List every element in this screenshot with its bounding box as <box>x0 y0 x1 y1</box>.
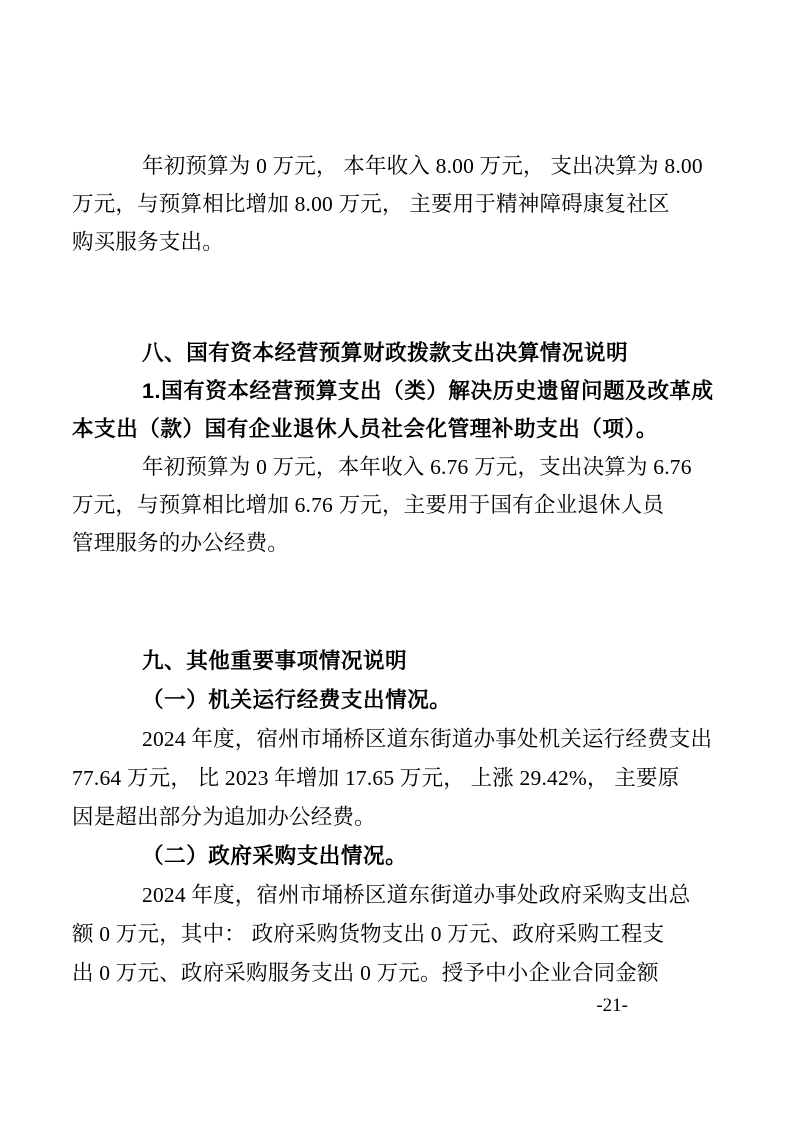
text-line: 1.国有资本经营预算支出（类）解决历史遗留问题及改革成 <box>72 372 732 410</box>
text-line: 2024 年度，宿州市埇桥区道东街道办事处政府采购支出总 <box>72 876 732 915</box>
paragraph-carryover: 年初预算为 0 万元， 本年收入 8.00 万元， 支出决算为 8.00 万元，… <box>72 147 732 261</box>
text-line: 出 0 万元、政府采购服务支出 0 万元。授予中小企业合同金额 <box>72 954 732 993</box>
section-8: 八、国有资本经营预算财政拨款支出决算情况说明 1.国有资本经营预算支出（类）解决… <box>72 334 732 562</box>
text-line: 年初预算为 0 万元，本年收入 6.76 万元，支出决算为 6.76 <box>72 448 732 486</box>
section-9-heading: 九、其他重要事项情况说明 <box>72 642 732 681</box>
page-number: -21- <box>72 995 732 1017</box>
document-body: 年初预算为 0 万元， 本年收入 8.00 万元， 支出决算为 8.00 万元，… <box>72 147 732 1017</box>
section-9-sub1-paragraph: 2024 年度，宿州市埇桥区道东街道办事处机关运行经费支出 77.64 万元， … <box>72 720 732 837</box>
text-line: 管理服务的办公经费。 <box>72 524 732 562</box>
section-8-heading: 八、国有资本经营预算财政拨款支出决算情况说明 <box>72 334 732 372</box>
section-9-sub2-heading: （二）政府采购支出情况。 <box>72 837 732 876</box>
text-line: 万元，与预算相比增加 8.00 万元， 主要用于精神障碍康复社区 <box>72 185 732 223</box>
section-9-sub2-paragraph: 2024 年度，宿州市埇桥区道东街道办事处政府采购支出总 额 0 万元，其中： … <box>72 876 732 993</box>
text-line: 因是超出部分为追加办公经费。 <box>72 798 732 837</box>
text-line: 本支出（款）国有企业退休人员社会化管理补助支出（项）。 <box>72 410 732 448</box>
section-8-paragraph: 年初预算为 0 万元，本年收入 6.76 万元，支出决算为 6.76 万元，与预… <box>72 448 732 562</box>
section-8-item-1: 1.国有资本经营预算支出（类）解决历史遗留问题及改革成 本支出（款）国有企业退休… <box>72 372 732 448</box>
text-line: 77.64 万元， 比 2023 年增加 17.65 万元， 上涨 29.42%… <box>72 759 732 798</box>
text-line: 年初预算为 0 万元， 本年收入 8.00 万元， 支出决算为 8.00 <box>72 147 732 185</box>
document-page: 年初预算为 0 万元， 本年收入 8.00 万元， 支出决算为 8.00 万元，… <box>0 0 793 1122</box>
section-9: 九、其他重要事项情况说明 （一）机关运行经费支出情况。 2024 年度，宿州市埇… <box>72 642 732 993</box>
section-9-sub1-heading: （一）机关运行经费支出情况。 <box>72 681 732 720</box>
text-line: 额 0 万元，其中： 政府采购货物支出 0 万元、政府采购工程支 <box>72 915 732 954</box>
text-line: 购买服务支出。 <box>72 223 732 261</box>
text-line: 2024 年度，宿州市埇桥区道东街道办事处机关运行经费支出 <box>72 720 732 759</box>
text-line: 万元，与预算相比增加 6.76 万元，主要用于国有企业退休人员 <box>72 486 732 524</box>
